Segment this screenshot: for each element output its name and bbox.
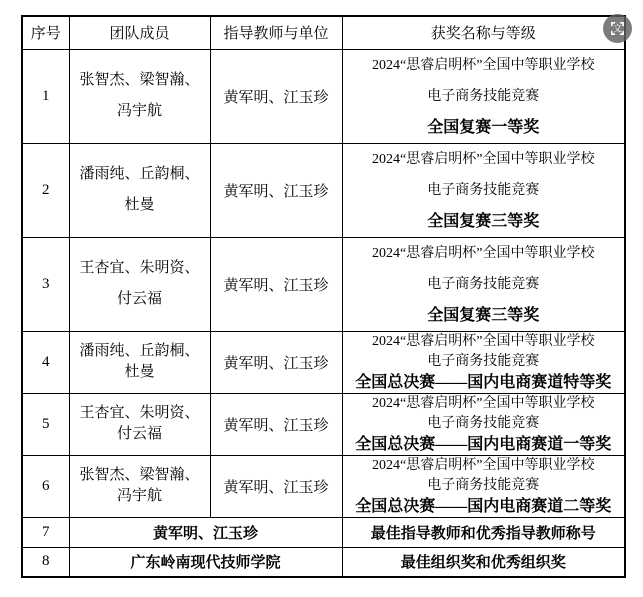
recipient-cell: 黄军明、江玉珍 xyxy=(69,517,342,547)
table-row: 2 潘雨纯、丘韵桐、 杜曼 黄军明、江玉珍 2024“思睿启明杯”全国中等职业学… xyxy=(22,143,625,237)
column-header-award: 获奖名称与等级 xyxy=(342,16,625,49)
team-cell: 王杏宜、朱明资、 付云福 xyxy=(69,237,210,331)
serial-cell: 6 xyxy=(22,455,69,517)
advisor-cell: 黄军明、江玉珍 xyxy=(210,237,342,331)
award-line: 电子商务技能竞赛 xyxy=(343,175,625,206)
column-header-team: 团队成员 xyxy=(69,16,210,49)
team-line: 付云福 xyxy=(70,424,210,445)
award-line: 电子商务技能竞赛 xyxy=(343,269,625,300)
column-header-serial: 序号 xyxy=(22,16,69,49)
award-cell: 2024“思睿启明杯”全国中等职业学校 电子商务技能竞赛 全国复赛一等奖 xyxy=(342,49,625,143)
award-cell: 2024“思睿启明杯”全国中等职业学校 电子商务技能竞赛 全国总决赛——国内电商… xyxy=(342,393,625,455)
team-cell: 张智杰、梁智瀚、 冯宇航 xyxy=(69,49,210,143)
team-line: 张智杰、梁智瀚、 xyxy=(70,465,210,486)
award-line: 2024“思睿启明杯”全国中等职业学校 xyxy=(343,144,625,175)
award-line: 2024“思睿启明杯”全国中等职业学校 xyxy=(343,456,625,476)
advisor-cell: 黄军明、江玉珍 xyxy=(210,143,342,237)
award-line: 电子商务技能竞赛 xyxy=(343,476,625,496)
serial-cell: 5 xyxy=(22,393,69,455)
team-line: 张智杰、梁智瀚、 xyxy=(70,65,210,96)
header-row: 序号 团队成员 指导教师与单位 获奖名称与等级 xyxy=(22,16,625,49)
award-line: 2024“思睿启明杯”全国中等职业学校 xyxy=(343,50,625,81)
table-row: 4 潘雨纯、丘韵桐、 杜曼 黄军明、江玉珍 2024“思睿启明杯”全国中等职业学… xyxy=(22,331,625,393)
advisor-cell: 黄军明、江玉珍 xyxy=(210,455,342,517)
table-row: 5 王杏宜、朱明资、 付云福 黄军明、江玉珍 2024“思睿启明杯”全国中等职业… xyxy=(22,393,625,455)
team-line: 潘雨纯、丘韵桐、 xyxy=(70,341,210,362)
table-row: 3 王杏宜、朱明资、 付云福 黄军明、江玉珍 2024“思睿启明杯”全国中等职业… xyxy=(22,237,625,331)
award-line: 2024“思睿启明杯”全国中等职业学校 xyxy=(343,394,625,414)
award-line: 2024“思睿启明杯”全国中等职业学校 xyxy=(343,238,625,269)
column-header-advisor: 指导教师与单位 xyxy=(210,16,342,49)
serial-cell: 8 xyxy=(22,547,69,577)
award-level: 全国复赛一等奖 xyxy=(343,112,625,143)
awards-table: 序号 团队成员 指导教师与单位 获奖名称与等级 1 张智杰、梁智瀚、 冯宇航 黄… xyxy=(21,15,626,578)
advisor-cell: 黄军明、江玉珍 xyxy=(210,49,342,143)
summary-row: 8 广东岭南现代技师学院 最佳组织奖和优秀组织奖 xyxy=(22,547,625,577)
award-level: 全国总决赛——国内电商赛道二等奖 xyxy=(343,496,625,517)
team-cell: 潘雨纯、丘韵桐、 杜曼 xyxy=(69,331,210,393)
award-line: 电子商务技能竞赛 xyxy=(343,81,625,112)
award-line: 电子商务技能竞赛 xyxy=(343,352,625,372)
team-cell: 王杏宜、朱明资、 付云福 xyxy=(69,393,210,455)
team-line: 王杏宜、朱明资、 xyxy=(70,403,210,424)
award-level: 全国总决赛——国内电商赛道一等奖 xyxy=(343,434,625,455)
award-level: 全国复赛三等奖 xyxy=(343,206,625,237)
award-cell: 2024“思睿启明杯”全国中等职业学校 电子商务技能竞赛 全国复赛三等奖 xyxy=(342,143,625,237)
table-row: 6 张智杰、梁智瀚、 冯宇航 黄军明、江玉珍 2024“思睿启明杯”全国中等职业… xyxy=(22,455,625,517)
image-translate-icon: 文 xyxy=(607,18,628,39)
summary-row: 7 黄军明、江玉珍 最佳指导教师和优秀指导教师称号 xyxy=(22,517,625,547)
svg-text:文: 文 xyxy=(613,23,622,34)
advisor-cell: 黄军明、江玉珍 xyxy=(210,393,342,455)
table-row: 1 张智杰、梁智瀚、 冯宇航 黄军明、江玉珍 2024“思睿启明杯”全国中等职业… xyxy=(22,49,625,143)
recipient-cell: 广东岭南现代技师学院 xyxy=(69,547,342,577)
advisor-cell: 黄军明、江玉珍 xyxy=(210,331,342,393)
team-line: 付云福 xyxy=(70,284,210,315)
award-cell: 最佳组织奖和优秀组织奖 xyxy=(342,547,625,577)
award-level: 全国总决赛——国内电商赛道特等奖 xyxy=(343,372,625,393)
award-cell: 2024“思睿启明杯”全国中等职业学校 电子商务技能竞赛 全国总决赛——国内电商… xyxy=(342,455,625,517)
serial-cell: 3 xyxy=(22,237,69,331)
serial-cell: 1 xyxy=(22,49,69,143)
award-cell: 2024“思睿启明杯”全国中等职业学校 电子商务技能竞赛 全国总决赛——国内电商… xyxy=(342,331,625,393)
team-line: 潘雨纯、丘韵桐、 xyxy=(70,159,210,190)
team-line: 冯宇航 xyxy=(70,96,210,127)
team-line: 杜曼 xyxy=(70,190,210,221)
serial-cell: 4 xyxy=(22,331,69,393)
team-line: 冯宇航 xyxy=(70,486,210,507)
team-cell: 张智杰、梁智瀚、 冯宇航 xyxy=(69,455,210,517)
serial-cell: 7 xyxy=(22,517,69,547)
award-level: 全国复赛三等奖 xyxy=(343,300,625,331)
team-line: 杜曼 xyxy=(70,362,210,383)
award-line: 2024“思睿启明杯”全国中等职业学校 xyxy=(343,332,625,352)
image-translate-button[interactable]: 文 xyxy=(603,14,632,43)
serial-cell: 2 xyxy=(22,143,69,237)
team-line: 王杏宜、朱明资、 xyxy=(70,253,210,284)
award-cell: 2024“思睿启明杯”全国中等职业学校 电子商务技能竞赛 全国复赛三等奖 xyxy=(342,237,625,331)
award-cell: 最佳指导教师和优秀指导教师称号 xyxy=(342,517,625,547)
team-cell: 潘雨纯、丘韵桐、 杜曼 xyxy=(69,143,210,237)
award-line: 电子商务技能竞赛 xyxy=(343,414,625,434)
